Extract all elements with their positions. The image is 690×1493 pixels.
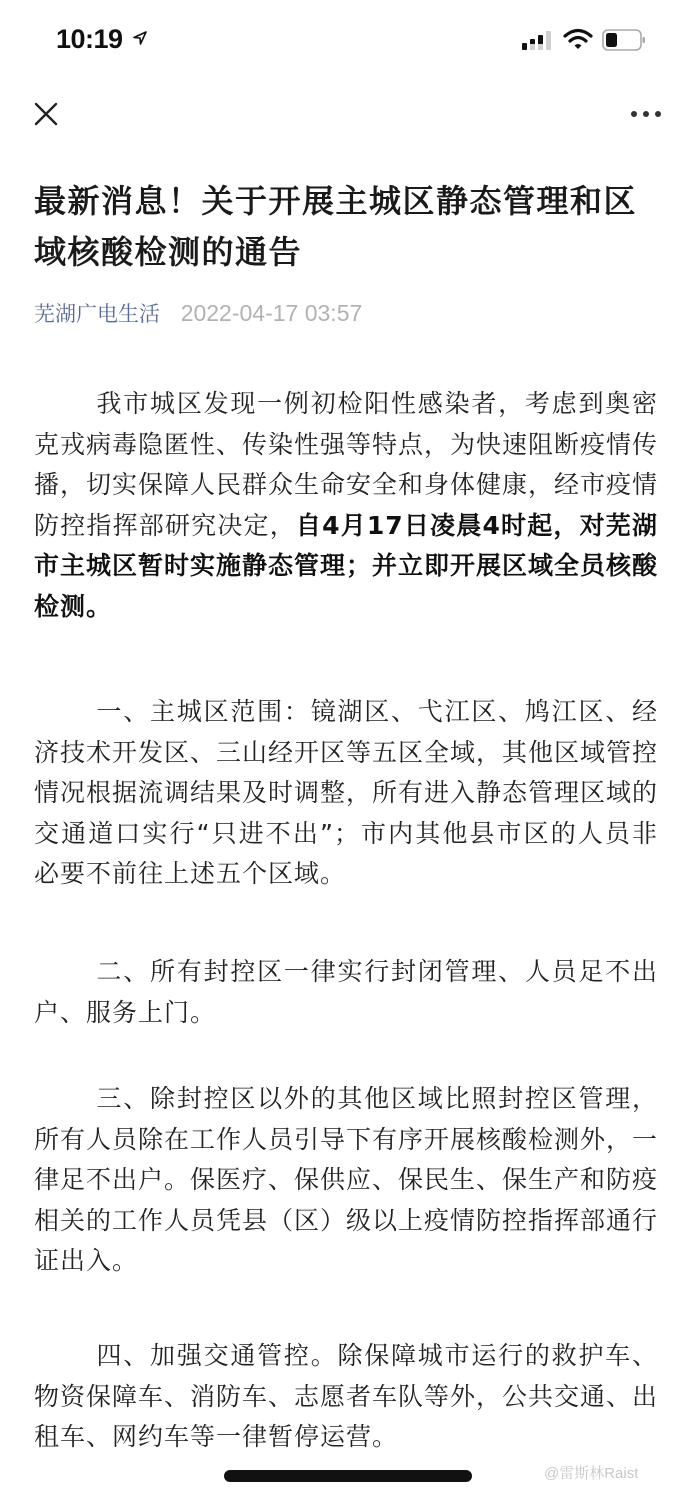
location-arrow-icon — [132, 30, 148, 46]
source-account-link[interactable]: 芜湖广电生活 — [34, 302, 160, 326]
more-options-icon[interactable] — [624, 104, 668, 124]
status-time: 10:19 — [56, 24, 123, 55]
cellular-signal-icon — [522, 30, 554, 50]
paragraph-intro: 我市城区发现一例初检阳性感染者，考虑到奥密克戎病毒隐匿性、传染性强等特点，为快速… — [34, 384, 658, 627]
article-meta: 芜湖广电生活 2022-04-17 03:57 — [34, 298, 362, 329]
watermark: @雷斯林Raist — [544, 1462, 638, 1483]
publish-date: 2022-04-17 03:57 — [181, 300, 363, 326]
status-bar: 10:19 — [0, 0, 690, 80]
paragraph-section-1: 一、主城区范围：镜湖区、弋江区、鸠江区、经济技术开发区、三山经开区等五区全域，其… — [34, 692, 658, 895]
home-indicator[interactable] — [224, 1470, 472, 1482]
paragraph-section-2: 二、所有封控区一律实行封闭管理、人员足不出户、服务上门。 — [34, 952, 658, 1033]
wifi-icon — [563, 28, 593, 50]
paragraph-section-4: 四、加强交通管控。除保障城市运行的救护车、物资保障车、消防车、志愿者车队等外，公… — [34, 1336, 658, 1458]
battery-low-icon — [602, 29, 646, 51]
close-icon[interactable] — [28, 96, 64, 132]
article-title: 最新消息！关于开展主城区静态管理和区域核酸检测的通告 — [34, 176, 659, 278]
paragraph-section-3: 三、除封控区以外的其他区域比照封控区管理，所有人员除在工作人员引导下有序开展核酸… — [34, 1079, 658, 1282]
nav-bar — [0, 80, 690, 150]
